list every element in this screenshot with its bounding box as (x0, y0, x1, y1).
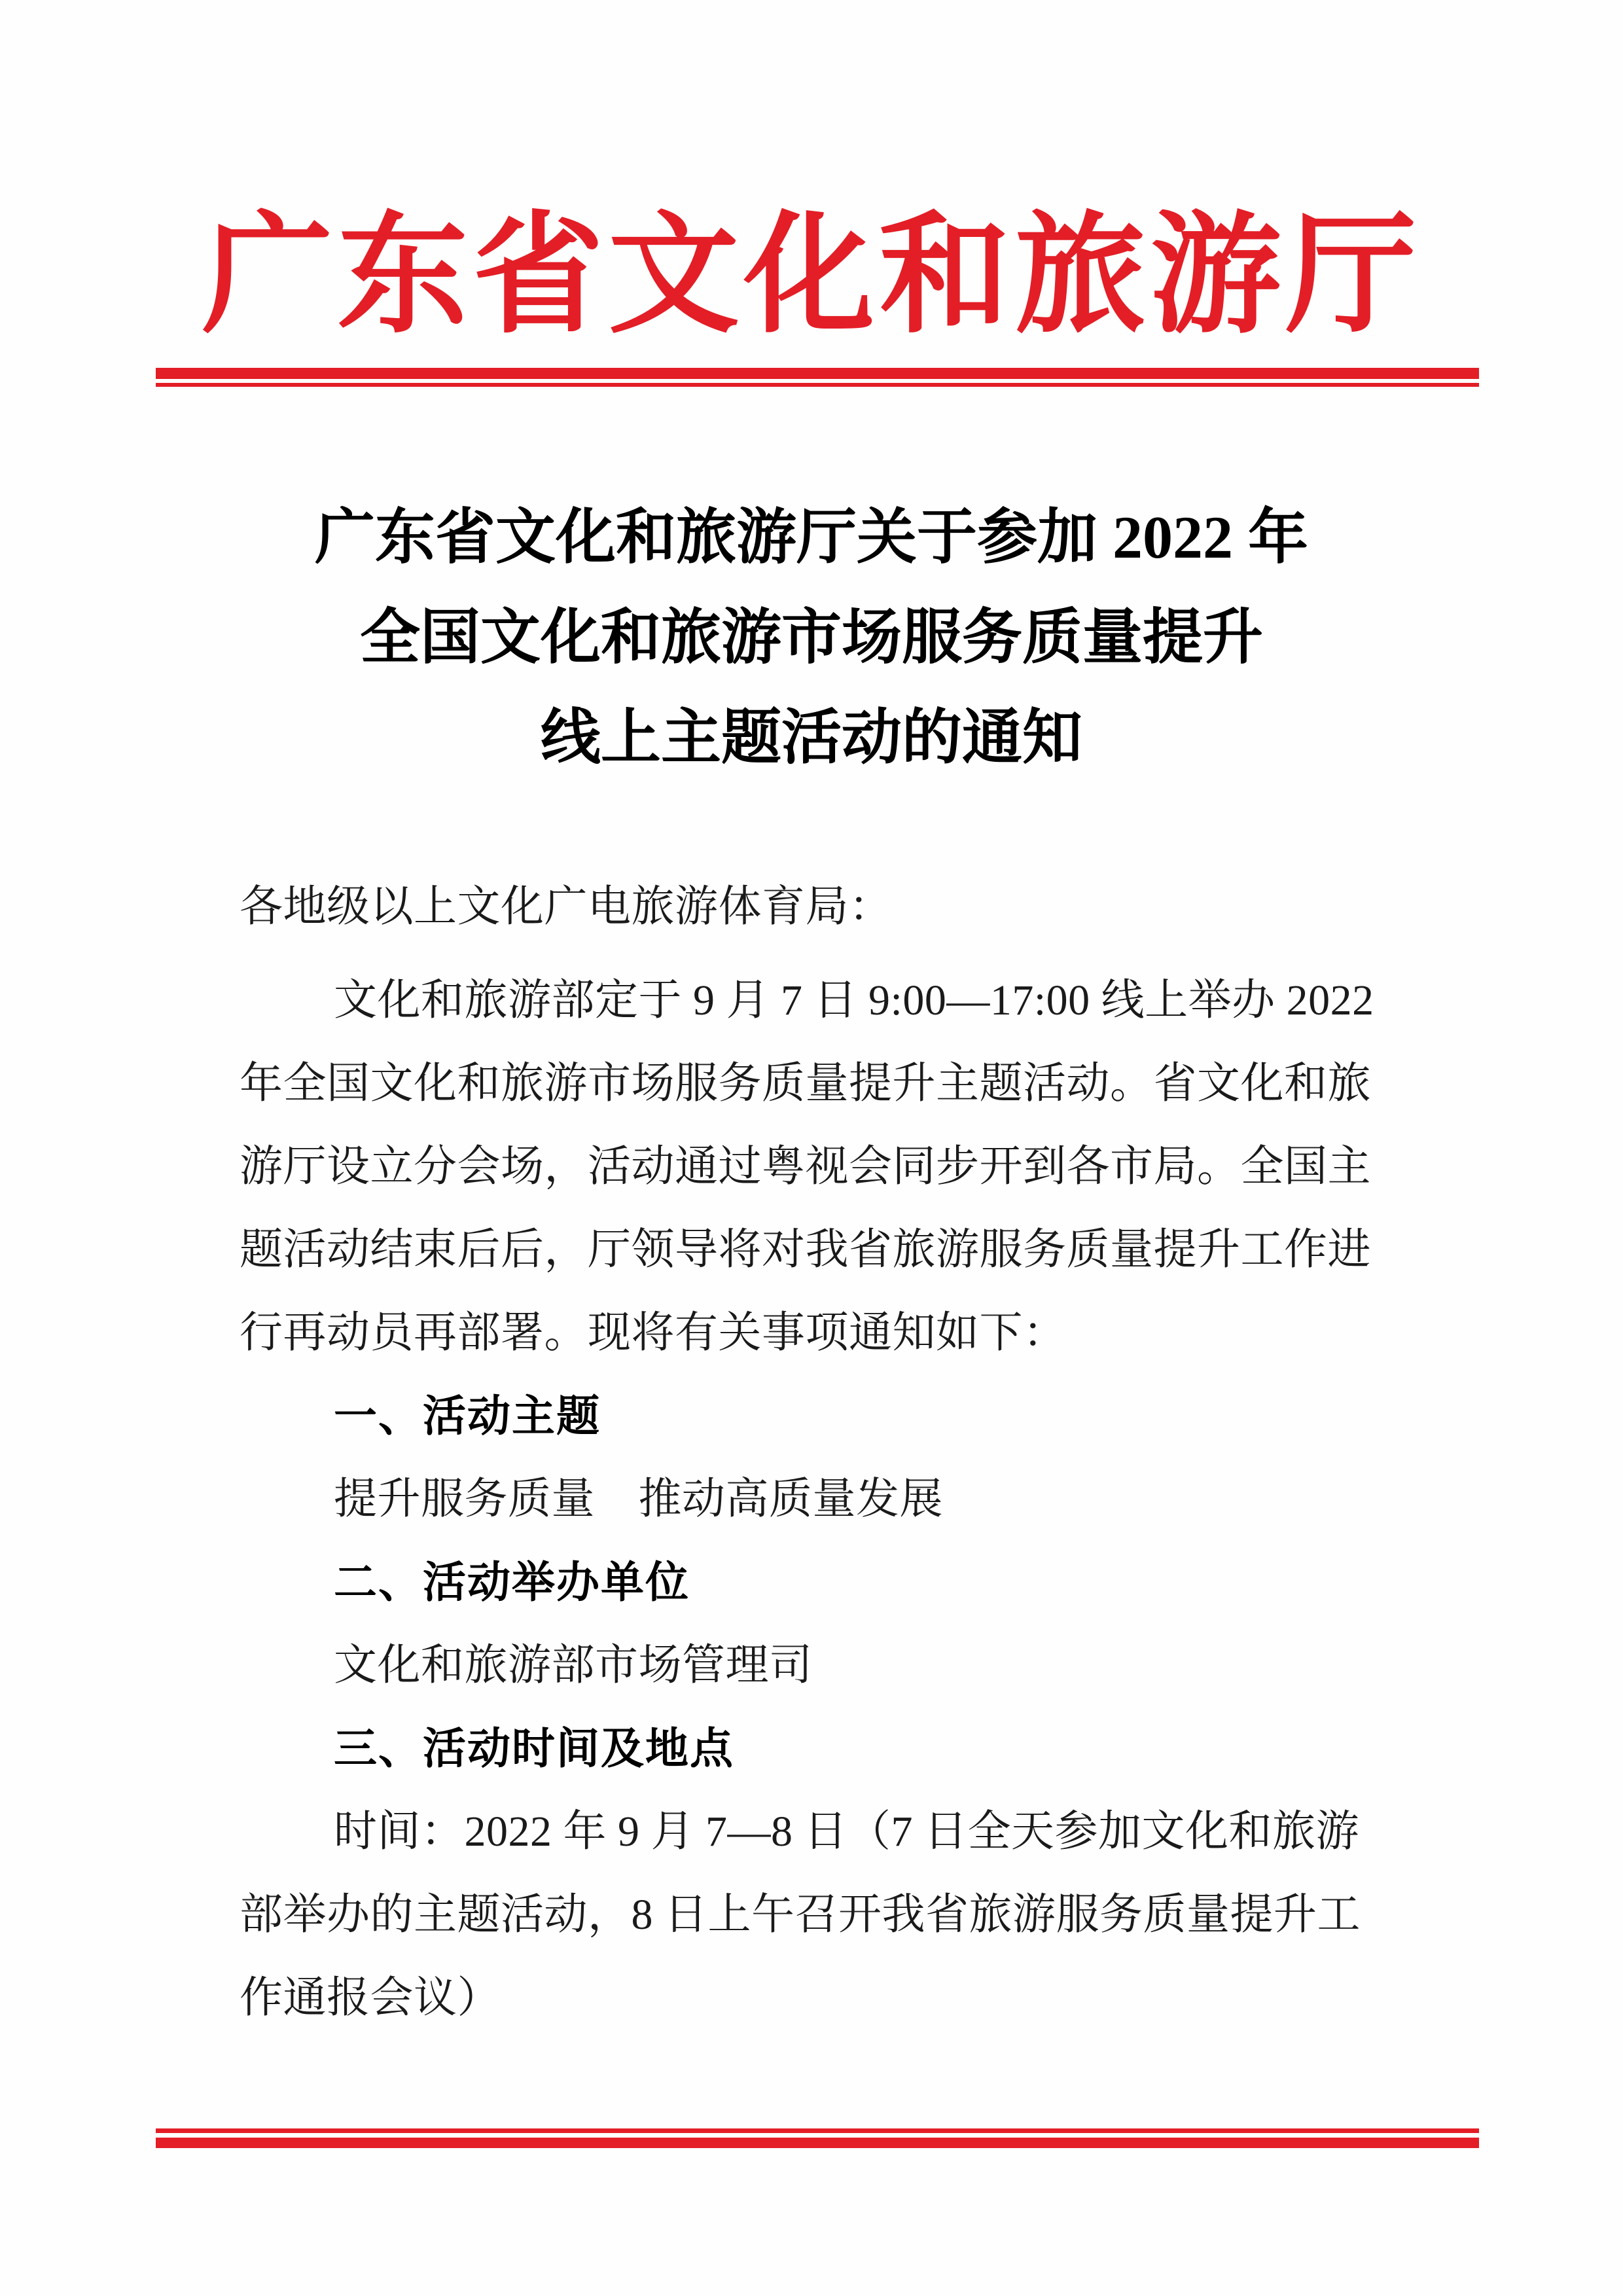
agency-letterhead: 广东省文化和旅游厅 (0, 191, 1623, 363)
document-body: 各地级以上文化广电旅游体育局： 文化和旅游部定于 9 月 7 日 9:00—17… (240, 865, 1373, 2039)
body-line: 行再动员再部署。现将有关事项通知如下： (240, 1291, 1373, 1374)
document-title-line-1: 广东省文化和旅游厅关于参加 2022 年 (0, 488, 1623, 588)
section-heading-one: 一、活动主题 (240, 1374, 1373, 1458)
red-divider-thick-top (156, 368, 1479, 379)
body-line: 年全国文化和旅游市场服务质量提升主题活动。省文化和旅 (240, 1042, 1373, 1125)
document-title-line-3: 线上主题活动的通知 (0, 688, 1623, 788)
document-title: 广东省文化和旅游厅关于参加 2022 年 全国文化和旅游市场服务质量提升 线上主… (0, 488, 1623, 788)
red-divider-thick-bottom (156, 2138, 1479, 2148)
document-page: 广东省文化和旅游厅 广东省文化和旅游厅关于参加 2022 年 全国文化和旅游市场… (0, 0, 1623, 2296)
red-divider-thin-top (156, 383, 1479, 387)
salutation-line: 各地级以上文化广电旅游体育局： (240, 865, 1373, 948)
body-line: 部举办的主题活动，8 日上午召开我省旅游服务质量提升工 (240, 1873, 1373, 1956)
body-line: 题活动结束后后，厅领导将对我省旅游服务质量提升工作进 (240, 1208, 1373, 1291)
body-line: 文化和旅游部定于 9 月 7 日 9:00—17:00 线上举办 2022 (240, 959, 1373, 1042)
document-title-line-2: 全国文化和旅游市场服务质量提升 (0, 588, 1623, 688)
red-divider-thin-bottom (156, 2128, 1479, 2133)
slogan-line: 提升服务质量 推动高质量发展 (240, 1458, 1373, 1541)
body-line: 作通报会议） (240, 1956, 1373, 2039)
body-line: 时间：2022 年 9 月 7—8 日（7 日全天参加文化和旅游 (240, 1790, 1373, 1873)
body-line: 游厅设立分会场，活动通过粤视会同步开到各市局。全国主 (240, 1125, 1373, 1208)
section-heading-two: 二、活动举办单位 (240, 1541, 1373, 1624)
organizer-line: 文化和旅游部市场管理司 (240, 1624, 1373, 1707)
section-heading-three: 三、活动时间及地点 (240, 1707, 1373, 1790)
